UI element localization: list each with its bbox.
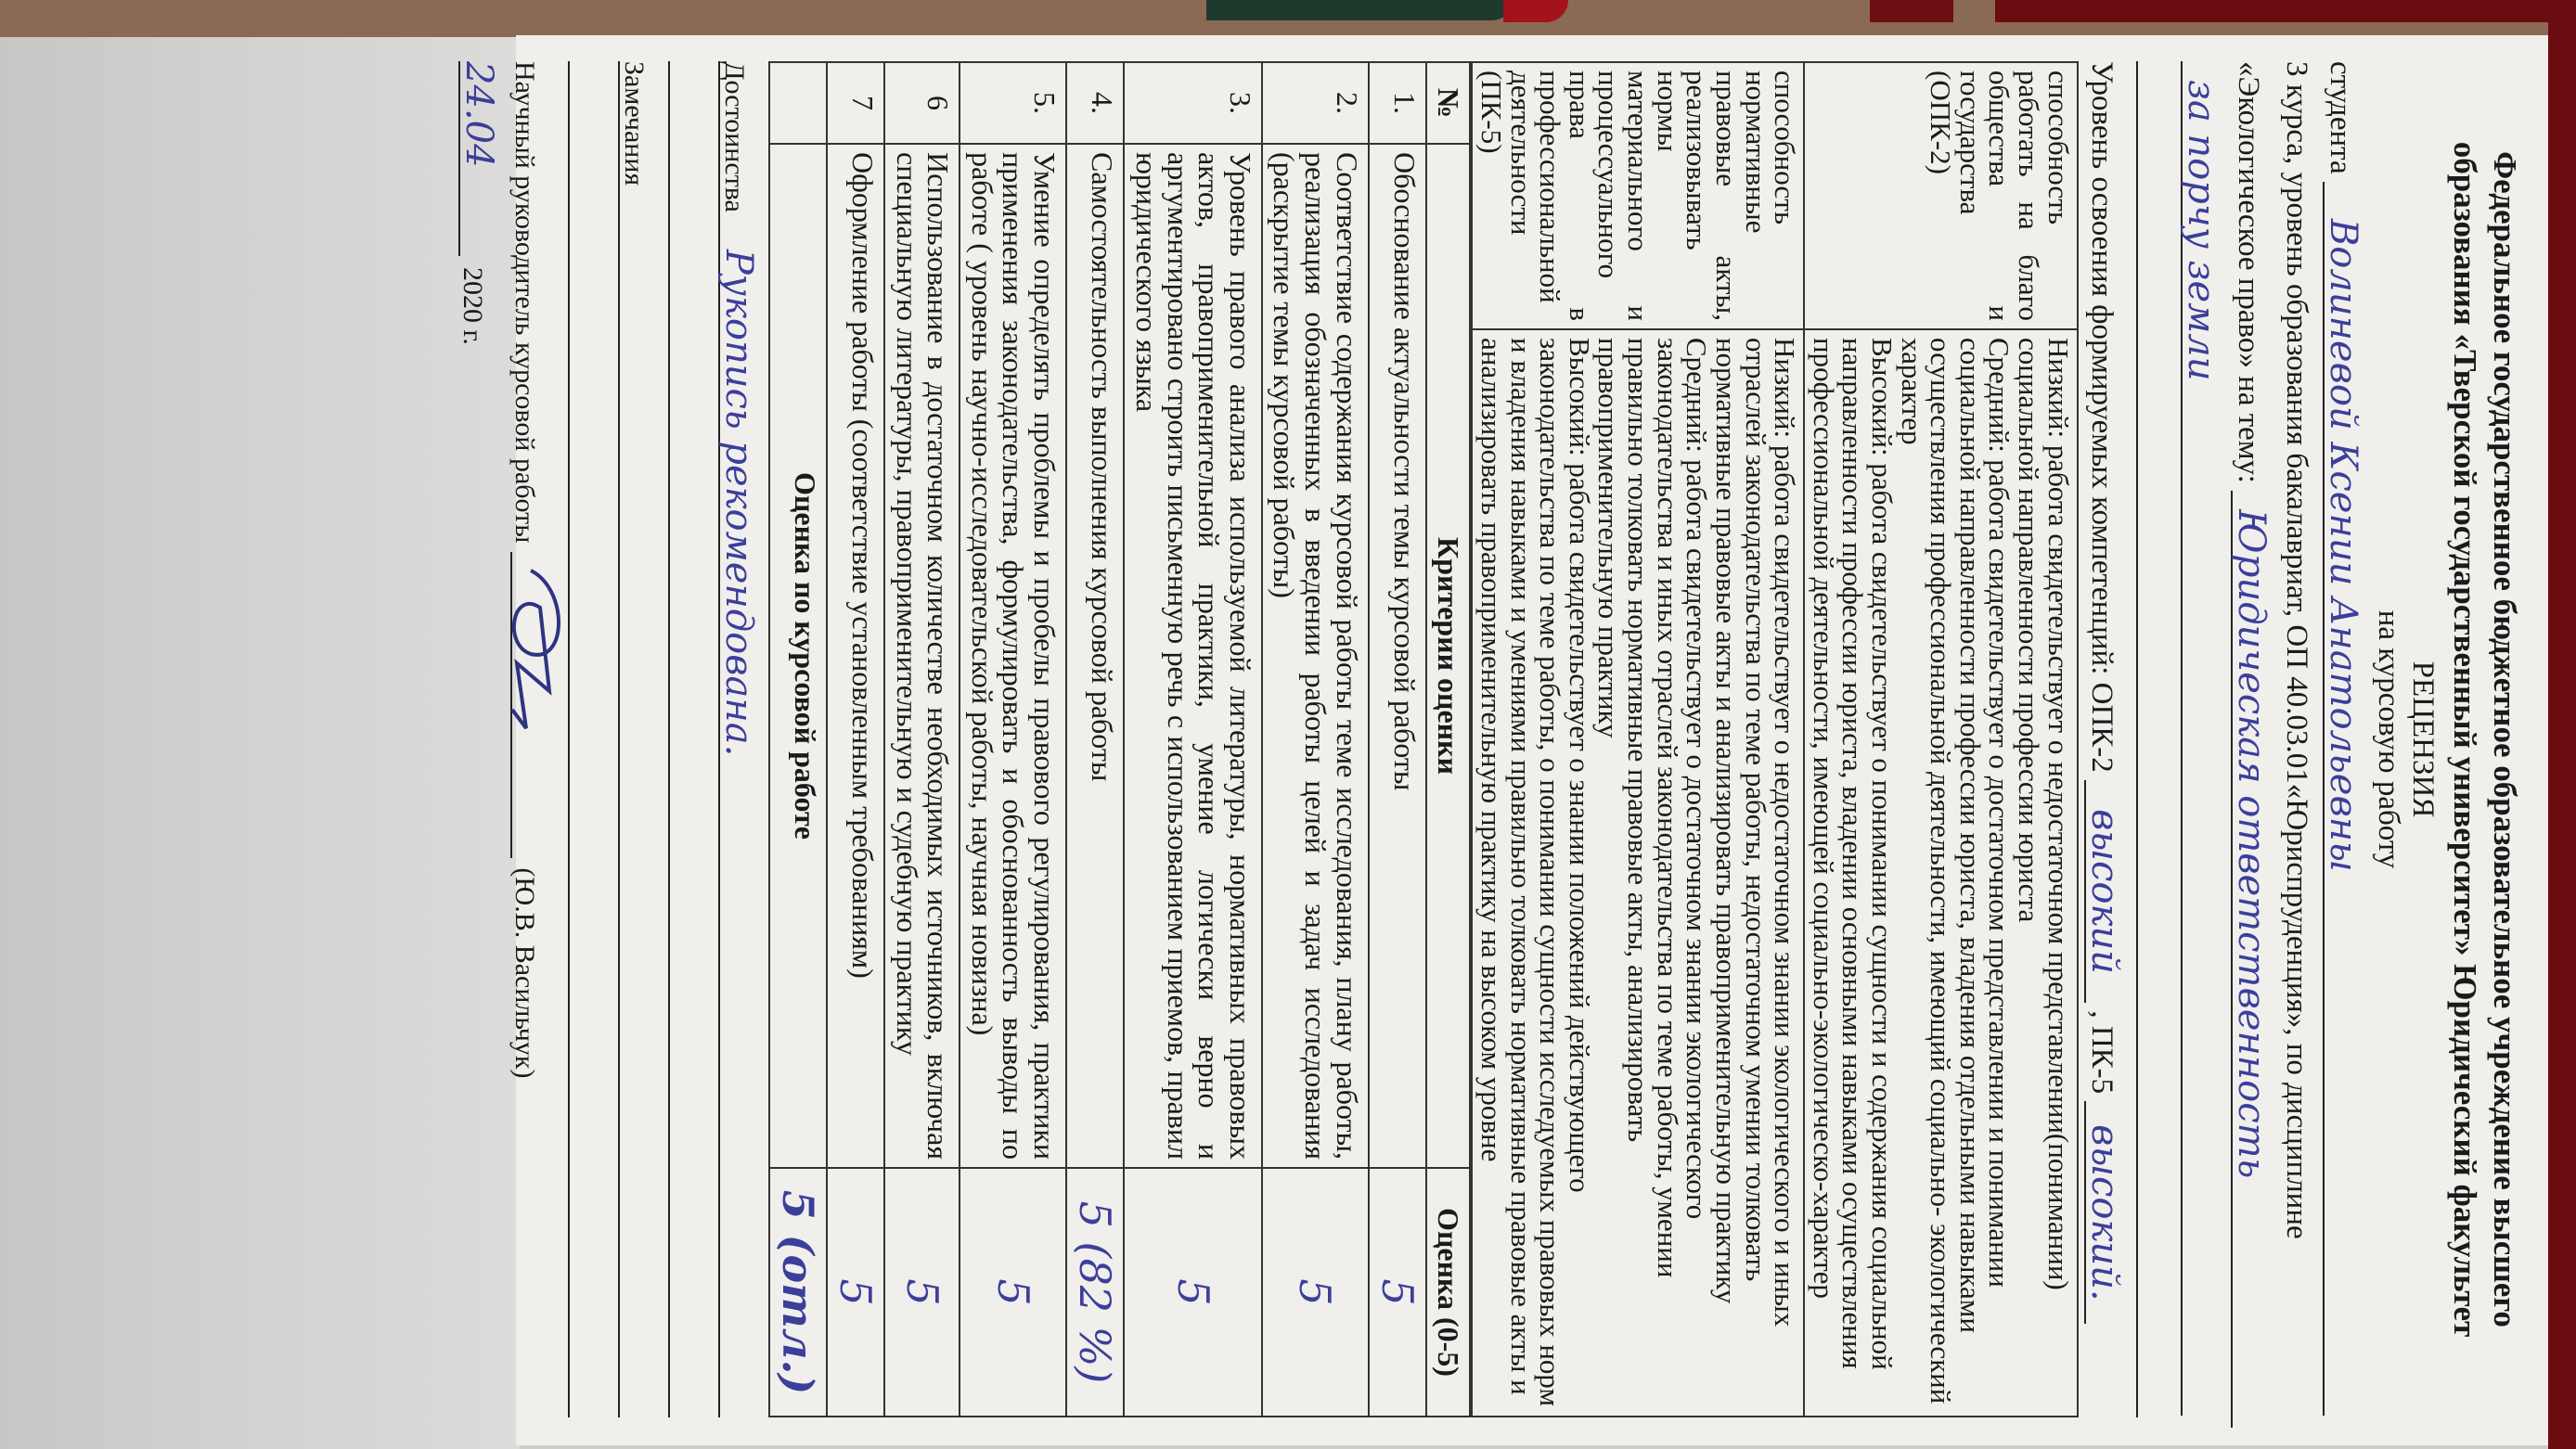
remarks-row: Замечания (618, 61, 668, 1417)
student-line: студента Волиневой Ксении Анатольевны (2323, 61, 2362, 1417)
header-score: Оценка (0-5) (1426, 1168, 1471, 1417)
criteria-num: 2. (1262, 62, 1369, 144)
topic-handwritten-2: за порчу земли (2180, 80, 2222, 381)
program-line: 3 курса, уровень образования бакалавриат… (2281, 61, 2312, 1417)
background-top-strip (0, 0, 2576, 37)
topic-field: Юридическая ответственность (2231, 491, 2270, 1428)
blank-line (668, 61, 718, 1417)
signature-line: Научный руководитель курсовой работы (Ю.… (510, 61, 549, 1417)
criteria-score: 5 (1290, 1278, 1340, 1305)
level-low: Низкий: работа свидетельствует о недоста… (2014, 338, 2072, 1408)
criteria-row: 3.Уровень правого анализа используемой л… (1124, 62, 1261, 1417)
institution-header: Федеральное государственное бюджетное об… (2445, 61, 2524, 1417)
date-field: 24.04 (458, 61, 497, 256)
criteria-text: Использование в достаточном количестве н… (884, 144, 960, 1168)
background-green-object (1206, 0, 1513, 20)
document-subtitle: на курсовую работу (2373, 61, 2403, 1417)
background-red-edge (2548, 0, 2576, 1449)
student-label: студента (2324, 61, 2357, 174)
opk2-value: высокий (2083, 809, 2126, 974)
criteria-text: Оформление работы (соответствие установл… (827, 144, 884, 1168)
background-red-cloth (1870, 0, 1953, 22)
competency-level-label: Уровень освоения формируемых компетенций… (2085, 61, 2119, 773)
merits-label: Достоинства (720, 61, 748, 212)
header-num: № (1426, 62, 1471, 144)
criteria-row: 5.Умение определять проблемы и пробелы п… (960, 62, 1066, 1417)
criteria-row: 6Использование в достаточном количестве … (884, 62, 960, 1417)
remarks-label: Замечания (620, 61, 648, 186)
criteria-score-cell: 5 (82 %) (1066, 1168, 1124, 1417)
date-handwritten: 24.04 (457, 61, 500, 168)
criteria-num: 4. (1066, 62, 1124, 144)
merits-row: Достоинства Рукопись рекомендована. (718, 61, 768, 1417)
criteria-text: Обоснование актуальности темы курсовой р… (1369, 144, 1426, 1168)
level-medium: Средний: работа свидетельствует о достат… (1594, 338, 1711, 1408)
total-score-cell: 5 (отл.) (769, 1168, 827, 1417)
pk5-field: высокий. (2084, 1101, 2123, 1324)
criteria-score-cell: 5 (884, 1168, 960, 1417)
level-medium: Средний: работа свидетельствует о достат… (1897, 338, 2014, 1408)
criteria-score-cell: 5 (1262, 1168, 1369, 1417)
discipline-line: «Экологическое право» на тему: Юридическ… (2231, 61, 2270, 1417)
merits-handwritten: Рукопись рекомендована. (720, 250, 757, 756)
criteria-score-cell: 5 (827, 1168, 884, 1417)
total-score: 5 (отл.) (773, 1190, 823, 1395)
criteria-text: Самостоятельность выполнения курсовой ра… (1066, 144, 1124, 1168)
supervisor-label: Научный руководитель курсовой работы (510, 61, 538, 543)
review-notes: Достоинства Рукопись рекомендована. Заме… (568, 61, 768, 1417)
competency-levels: Низкий: работа свидетельствует о недоста… (1472, 329, 1804, 1417)
topic-field-2: за порчу земли (2181, 61, 2220, 1416)
header-criteria: Критерии оценки (1426, 144, 1471, 1168)
opk2-field: высокий (2084, 780, 2123, 1003)
total-label: Оценка по курсовой работе (769, 144, 827, 1168)
discipline-label: «Экологическое право» на тему: (2232, 61, 2265, 483)
competency-row: способность нормативные правовые акты, р… (1472, 62, 1804, 1417)
criteria-header-row: № Критерии оценки Оценка (0-5) (1426, 62, 1471, 1417)
criteria-text: Соответствие содержания курсовой работы … (1262, 144, 1369, 1168)
criteria-row: 7Оформление работы (соответствие установ… (827, 62, 884, 1417)
criteria-row: 4.Самостоятельность выполнения курсовой … (1066, 62, 1124, 1417)
criteria-num: 3. (1124, 62, 1261, 144)
pk5-value: высокий. (2083, 1124, 2126, 1301)
review-document: Федеральное государственное бюджетное об… (516, 35, 2548, 1445)
criteria-score: 5 (897, 1278, 947, 1305)
blank-line (568, 61, 618, 1417)
supervisor-name: (Ю.В. Васильчук) (510, 867, 538, 1078)
signature-field (510, 552, 549, 858)
background-sheet (0, 0, 520, 1449)
competency-row: способность работать на благо общества и… (1804, 62, 2077, 1417)
criteria-table: № Критерии оценки Оценка (0-5) 1.Обоснов… (768, 61, 1472, 1417)
student-name-field: Волиневой Ксении Анатольевны (2323, 182, 2362, 1416)
student-name-handwritten: Волиневой Ксении Анатольевны (2322, 219, 2364, 872)
institution-line-1: Федеральное государственное бюджетное об… (2484, 61, 2524, 1417)
total-row: Оценка по курсовой работе 5 (отл.) (769, 62, 827, 1417)
institution-line-2: образования «Тверской государственный ун… (2445, 61, 2485, 1417)
date-year: 2020 г. (458, 267, 486, 345)
criteria-text: Уровень правого анализа используемой лит… (1124, 144, 1261, 1168)
competency-name: способность нормативные правовые акты, р… (1472, 62, 1804, 329)
criteria-num: 7 (827, 62, 884, 144)
criteria-score-cell: 5 (1369, 1168, 1426, 1417)
document-title: РЕЦЕНЗИЯ (2407, 61, 2438, 1417)
competency-table: способность работать на благо общества и… (1471, 61, 2078, 1417)
criteria-score: 5 (831, 1278, 881, 1305)
criteria-score-cell: 5 (960, 1168, 1066, 1417)
date-line: 24.04 2020 г. (458, 61, 497, 1417)
competency-levels: Низкий: работа свидетельствует о недоста… (1804, 329, 2077, 1417)
criteria-score-cell: 5 (1124, 1168, 1261, 1417)
criteria-num: 6 (884, 62, 960, 144)
signature-scribble-icon (503, 552, 568, 858)
criteria-score: 5 (1372, 1278, 1423, 1305)
competency-name: способность работать на благо общества и… (1804, 62, 2077, 329)
level-high: Высокий: работа свидетельствует о понима… (1809, 338, 1897, 1408)
criteria-text: Умение определять проблемы и пробелы пра… (960, 144, 1066, 1168)
competency-level-line: Уровень освоения формируемых компетенций… (2084, 61, 2123, 1417)
criteria-score: 5 (1168, 1278, 1218, 1305)
criteria-num: 5. (960, 62, 1066, 144)
background-red-cloth (1995, 0, 2576, 22)
criteria-score: 5 (82 %) (1070, 1201, 1120, 1384)
level-high: Высокий: работа свидетельствует о знании… (1476, 338, 1593, 1408)
topic-handwritten-1: Юридическая ответственность (2230, 509, 2273, 1178)
criteria-row: 2.Соответствие содержания курсовой работ… (1262, 62, 1369, 1417)
criteria-score: 5 (988, 1278, 1038, 1305)
background-red-object (1503, 0, 1568, 22)
blank-line (2136, 61, 2175, 1417)
criteria-num: 1. (1369, 62, 1426, 144)
criteria-row: 1.Обоснование актуальности темы курсовой… (1369, 62, 1426, 1417)
level-low: Низкий: работа свидетельствует о недоста… (1711, 338, 1799, 1408)
pk5-label: , ПК-5 (2085, 1010, 2119, 1094)
topic-line-2: за порчу земли (2181, 61, 2220, 1417)
